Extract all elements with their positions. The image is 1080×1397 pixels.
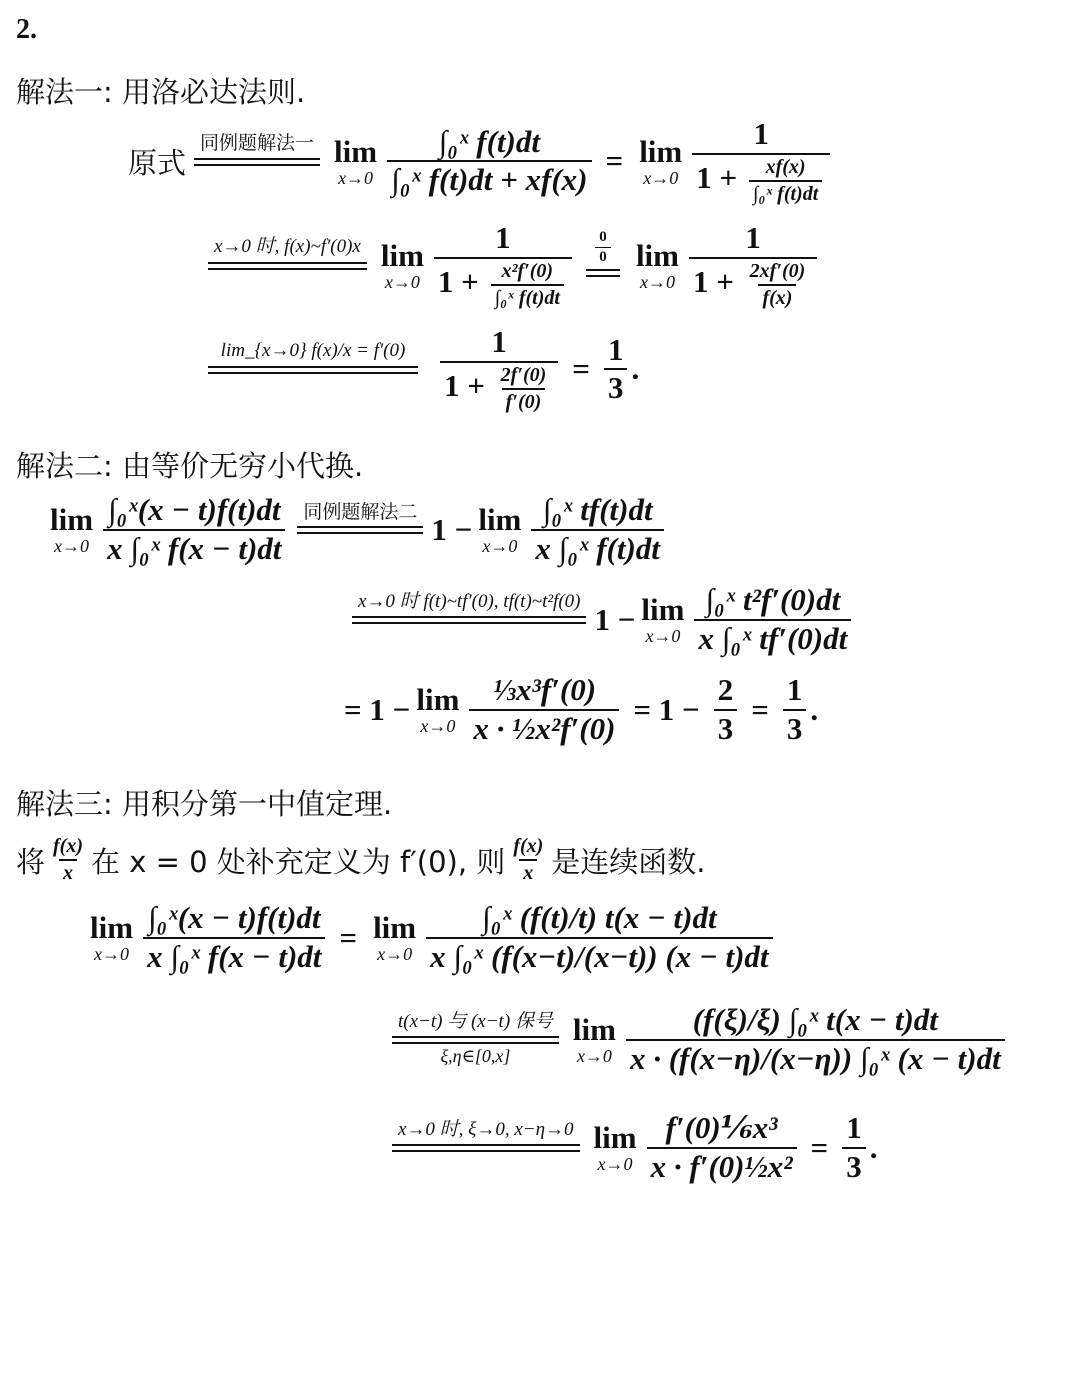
limit: limx→0 — [478, 504, 521, 555]
equals-with-label: x→0 时, f(x)~f′(0)x — [208, 236, 367, 294]
step-label-below: ξ,η∈[0,x] — [434, 1046, 516, 1068]
method3-line1: limx→0 ∫₀ˣ(x − t)f(t)dt x ∫₀ˣ f(x − t)dt… — [84, 902, 777, 973]
method1-line2: x→0 时, f(x)~f′(0)x limx→0 1 1 + x²f′(0)∫… — [200, 222, 821, 309]
double-equals-bar — [392, 1144, 580, 1152]
method2-line2: x→0 时 f(t)~tf′(0), tf(t)~t²f(0) 1 − limx… — [344, 584, 855, 655]
step-label: x→0 时 f(t)~tf′(0), tf(t)~t²f(0) — [352, 591, 586, 614]
equals-with-label: x→0 时 f(t)~tf′(0), tf(t)~t²f(0) — [352, 591, 586, 649]
equals-with-label: 00 — [586, 230, 620, 302]
result-fraction: 1 3 — [842, 1112, 866, 1183]
step-label: 同例题解法一 — [194, 132, 320, 155]
fraction: ∫₀ˣ t²f′(0)dt x ∫₀ˣ tf′(0)dt — [694, 584, 851, 655]
limit: limx→0 — [50, 504, 93, 555]
equals-with-label: 同例题解法二 — [297, 501, 423, 559]
limit: limx→0 — [641, 594, 684, 645]
limit: limx→0 — [416, 684, 459, 735]
limit: limx→0 — [334, 136, 377, 187]
equals-with-label: 同例题解法一 — [194, 132, 320, 190]
limit: limx→0 — [573, 1014, 616, 1065]
fraction: 1 1 + xf(x)∫₀ˣ f(t)dt — [692, 118, 830, 205]
fraction: f′(0)⅙x³ x · f′(0)½x² — [647, 1112, 797, 1183]
method3-intro: 将 f(x)x 在 x = 0 处补充定义为 f′(0), 则 f(x)x 是连… — [16, 836, 706, 884]
method2-heading: 解法二: 由等价无穷小代换. — [16, 444, 363, 485]
limit: limx→0 — [636, 240, 679, 291]
fraction: 1 1 + x²f′(0)∫₀ˣ f(t)dt — [434, 222, 572, 309]
double-equals-bar — [586, 269, 620, 277]
step-label: t(x−t) 与 (x−t) 保号 — [392, 1011, 559, 1034]
equals-with-label: x→0 时, ξ→0, x−η→0 — [392, 1119, 580, 1177]
problem-number: 2. — [16, 14, 37, 46]
equals-with-label: lim_{x→0} f(x)/x = f′(0) — [208, 340, 418, 398]
result-fraction: 1 3 — [783, 674, 807, 745]
limit: limx→0 — [373, 912, 416, 963]
original-expression-label: 原式 — [128, 141, 186, 182]
equals-with-label: t(x−t) 与 (x−t) 保号 ξ,η∈[0,x] — [392, 1011, 559, 1069]
method1-line3: lim_{x→0} f(x)/x = f′(0) 1 1 + 2f′(0)f′(… — [200, 326, 639, 413]
limit: limx→0 — [90, 912, 133, 963]
method2-line3: = 1 − limx→0 ⅓x³f′(0) x · ½x²f′(0) = 1 −… — [344, 674, 818, 745]
fraction: ∫₀ˣ(x − t)f(t)dt x ∫₀ˣ f(x − t)dt — [143, 902, 325, 973]
double-equals-bar — [208, 262, 367, 270]
fraction: 1 1 + 2f′(0)f′(0) — [440, 326, 558, 413]
fraction: ∫₀ˣ(x − t)f(t)dt x ∫₀ˣ f(x − t)dt — [103, 494, 285, 565]
fraction: 2 3 — [714, 674, 738, 745]
fraction: ⅓x³f′(0) x · ½x²f′(0) — [469, 674, 619, 745]
method3-line3: x→0 时, ξ→0, x−η→0 limx→0 f′(0)⅙x³ x · f′… — [384, 1112, 877, 1183]
double-equals-bar — [208, 366, 418, 374]
fraction: ∫₀ˣ (f(t)/t) t(x − t)dt x ∫₀ˣ (f(x−t)/(x… — [426, 902, 772, 973]
method3-heading: 解法三: 用积分第一中值定理. — [16, 782, 392, 823]
limit: limx→0 — [639, 136, 682, 187]
step-label: lim_{x→0} f(x)/x = f′(0) — [215, 340, 412, 363]
double-equals-bar — [392, 1036, 559, 1044]
method2-line1: limx→0 ∫₀ˣ(x − t)f(t)dt x ∫₀ˣ f(x − t)dt… — [44, 494, 668, 565]
double-equals-bar — [297, 526, 423, 534]
double-equals-bar — [194, 158, 320, 166]
limit: limx→0 — [381, 240, 424, 291]
method1-line1: 原式 同例题解法一 limx→0 ∫₀ˣ f(t)dt ∫₀ˣ f(t)dt +… — [128, 118, 834, 205]
step-label: 同例题解法二 — [297, 501, 423, 524]
fraction: ∫₀ˣ f(t)dt ∫₀ˣ f(t)dt + xf(x) — [387, 126, 591, 197]
result-fraction: 1 3 — [604, 334, 628, 405]
limit: limx→0 — [594, 1122, 637, 1173]
method3-line2: t(x−t) 与 (x−t) 保号 ξ,η∈[0,x] limx→0 (f(ξ)… — [384, 1004, 1009, 1075]
fraction: ∫₀ˣ tf(t)dt x ∫₀ˣ f(t)dt — [531, 494, 664, 565]
fraction: (f(ξ)/ξ) ∫₀ˣ t(x − t)dt x · (f(x−η)/(x−η… — [626, 1004, 1005, 1075]
fraction: 1 1 + 2xf′(0)f(x) — [689, 222, 817, 309]
double-equals-bar — [352, 616, 586, 624]
step-label: x→0 时, ξ→0, x−η→0 — [392, 1119, 580, 1142]
step-label: x→0 时, f(x)~f′(0)x — [208, 236, 367, 259]
method1-heading: 解法一: 用洛必达法则. — [16, 70, 305, 111]
